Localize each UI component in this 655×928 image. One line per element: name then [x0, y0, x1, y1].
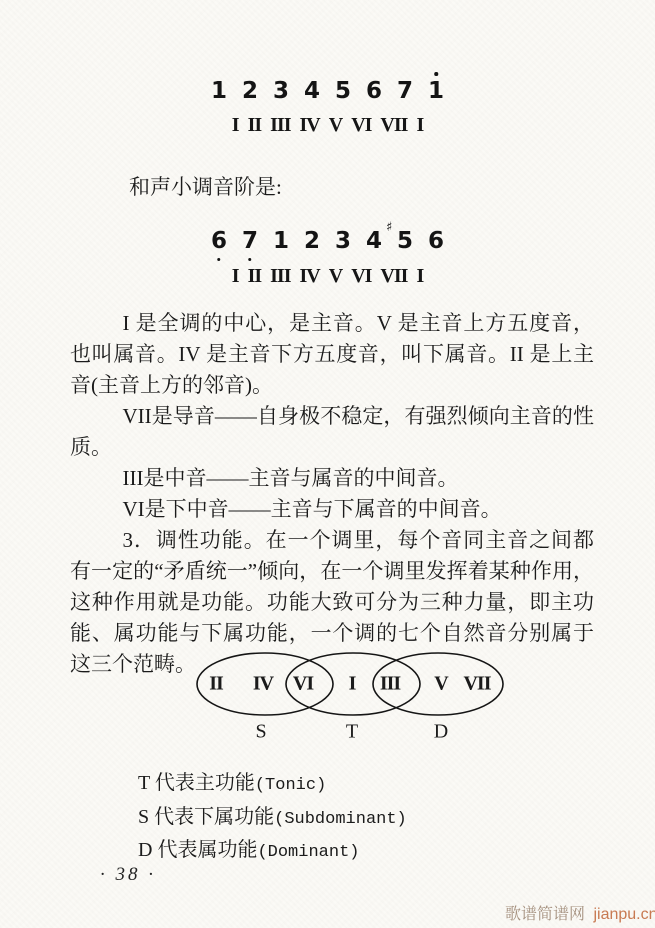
roman-degree: I [232, 115, 239, 135]
scale-note: 6 [428, 230, 444, 253]
scale-note: 2 [304, 230, 320, 253]
note-digit: 5 [397, 228, 413, 254]
roman-degree: III [270, 266, 290, 286]
venn-item-iii: III [380, 673, 400, 696]
venn-item-vii: VII [463, 673, 490, 696]
note-digit: 2 [304, 228, 320, 254]
natural-minor-scale-digits: 1 2 3 4 5 6 7 1 [0, 80, 655, 103]
scale-note: 5 [335, 80, 351, 103]
harmonic-minor-intro: 和声小调音阶是: [129, 171, 282, 201]
venn-item-vi: VI [293, 673, 313, 696]
paragraph-mediant: III是中音——主音与属音的中间音。 [70, 463, 594, 494]
function-legend: T 代表主功能(Tonic) S 代表下属功能(Subdominant) D 代… [138, 768, 407, 869]
legend-item-tonic: T 代表主功能(Tonic) [138, 768, 407, 802]
roman-degree: VII [380, 266, 407, 286]
octave-dot-low-icon [248, 258, 252, 262]
legend-en-text: (Dominant) [257, 843, 359, 862]
roman-degree: IV [300, 115, 320, 135]
note-digit: 6 [211, 228, 227, 254]
note-digit: 3 [335, 228, 351, 254]
scale-note: 4 [366, 230, 382, 253]
roman-degree: II [248, 266, 262, 286]
note-digit: 7 [242, 228, 258, 254]
scale-note-high-octave: 1 [428, 80, 444, 103]
paragraph-leading-tone: VII是导音——自身极不稳定，有强烈倾向主音的性质。 [70, 401, 594, 463]
note-digit: 4 [304, 78, 320, 104]
venn-label-d: D [434, 721, 448, 744]
note-digit: 7 [397, 78, 413, 104]
roman-degree: V [329, 266, 342, 286]
watermark-site-url: jianpu.cn [593, 906, 655, 923]
sharp-icon: ♯ [386, 221, 392, 234]
legend-cn-text: D 代表属功能 [138, 839, 257, 861]
natural-minor-scale-romans: I II III IV V VI VII I [0, 115, 655, 135]
note-digit: 4 [366, 228, 382, 254]
scale-note: 1 [273, 230, 289, 253]
scale-note: 3 [273, 80, 289, 103]
venn-label-t: T [346, 721, 358, 744]
roman-degree: I [232, 266, 239, 286]
tonal-function-venn-diagram: II IV VI I III V VII S T D [190, 645, 510, 745]
note-digit: 1 [211, 78, 227, 104]
legend-item-dominant: D 代表属功能(Dominant) [138, 835, 407, 869]
scale-note-low-octave: 6 [211, 230, 227, 253]
roman-degree: VII [380, 115, 407, 135]
note-digit: 1 [273, 228, 289, 254]
roman-degree: VI [351, 115, 371, 135]
roman-degree: I [416, 266, 423, 286]
paragraph-submediant: VI是下中音——主音与下属音的中间音。 [70, 494, 594, 525]
venn-item-iv: IV [253, 673, 273, 696]
scale-note: 2 [242, 80, 258, 103]
legend-cn-text: S 代表下属功能 [138, 806, 274, 828]
scale-note-low-octave: 7 [242, 230, 258, 253]
harmonic-minor-scale-romans: I II III IV V VI VII I [0, 266, 655, 286]
scale-note: 4 [304, 80, 320, 103]
roman-degree: IV [300, 266, 320, 286]
roman-degree: III [270, 115, 290, 135]
legend-cn-text: T 代表主功能 [138, 772, 255, 794]
note-digit: 5 [335, 78, 351, 104]
watermark: 歌谱简谱网 jianpu.cn [505, 901, 655, 924]
venn-item-i: I [349, 673, 356, 696]
scale-note-sharp: ♯ 5 [397, 230, 413, 253]
legend-en-text: (Subdominant) [274, 810, 407, 829]
legend-en-text: (Tonic) [255, 776, 326, 795]
book-page: { "page": { "number": "· 38 ·" }, "scale… [0, 0, 655, 928]
harmonic-minor-scale-digits: 6 7 1 2 3 4 ♯ 5 6 [0, 230, 655, 253]
roman-degree: V [329, 115, 342, 135]
scale-note: 6 [366, 80, 382, 103]
page-number: · 38 · [100, 864, 156, 886]
roman-degree: VI [351, 266, 371, 286]
venn-label-s: S [255, 721, 266, 744]
venn-item-ii: II [209, 673, 223, 696]
note-digit: 6 [366, 78, 382, 104]
venn-item-v: V [434, 673, 447, 696]
legend-item-subdominant: S 代表下属功能(Subdominant) [138, 802, 407, 836]
scale-note: 7 [397, 80, 413, 103]
scale-note: 1 [211, 80, 227, 103]
scale-note: 3 [335, 230, 351, 253]
roman-degree: II [248, 115, 262, 135]
octave-dot-low-icon [217, 258, 221, 262]
note-digit: 2 [242, 78, 258, 104]
note-digit: 6 [428, 228, 444, 254]
note-digit: 3 [273, 78, 289, 104]
note-digit: 1 [428, 78, 444, 104]
watermark-site-name: 歌谱简谱网 [505, 906, 585, 923]
octave-dot-high-icon [434, 72, 438, 76]
paragraph-tonic-desc: I 是全调的中心，是主音。V 是主音上方五度音，也叫属音。IV 是主音下方五度音… [70, 308, 594, 401]
body-text: I 是全调的中心，是主音。V 是主音上方五度音，也叫属音。IV 是主音下方五度音… [70, 308, 594, 680]
roman-degree: I [416, 115, 423, 135]
